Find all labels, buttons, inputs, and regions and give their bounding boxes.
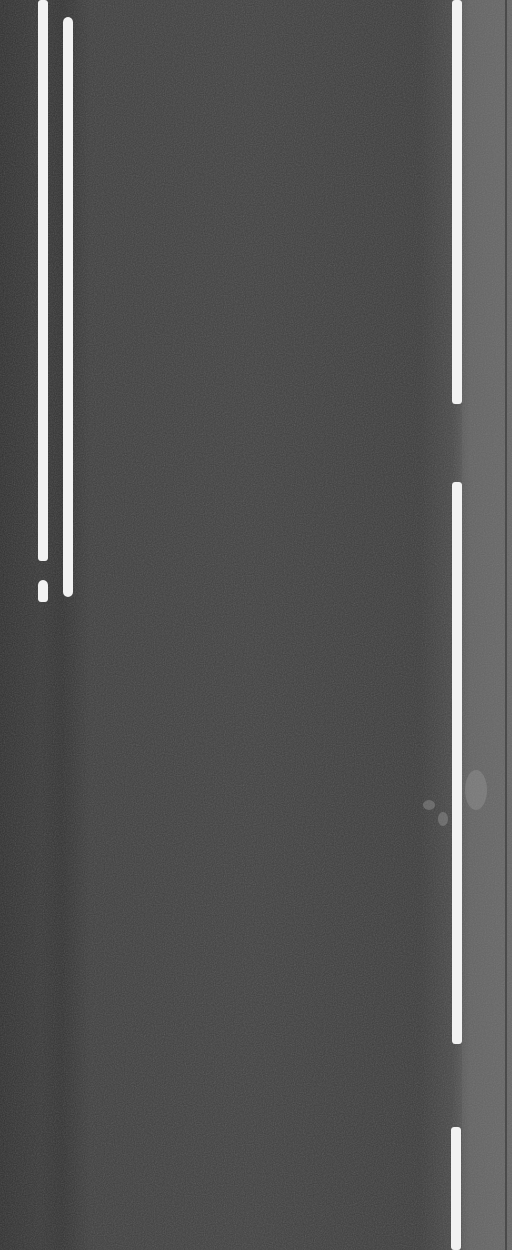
surface-patch [465,770,487,810]
right-dash-2 [452,482,462,1044]
surface-patch [423,800,435,810]
left-inner-solid-line [63,17,73,597]
left-outer-solid-line [38,0,48,561]
surface-patch [438,812,448,826]
right-dash-3 [451,1127,461,1250]
left-outer-line-stub [38,580,48,602]
asphalt-texture [0,0,512,1250]
road-surface [0,0,512,1250]
right-dash-1 [452,0,462,404]
pavement-edge [505,0,507,1250]
